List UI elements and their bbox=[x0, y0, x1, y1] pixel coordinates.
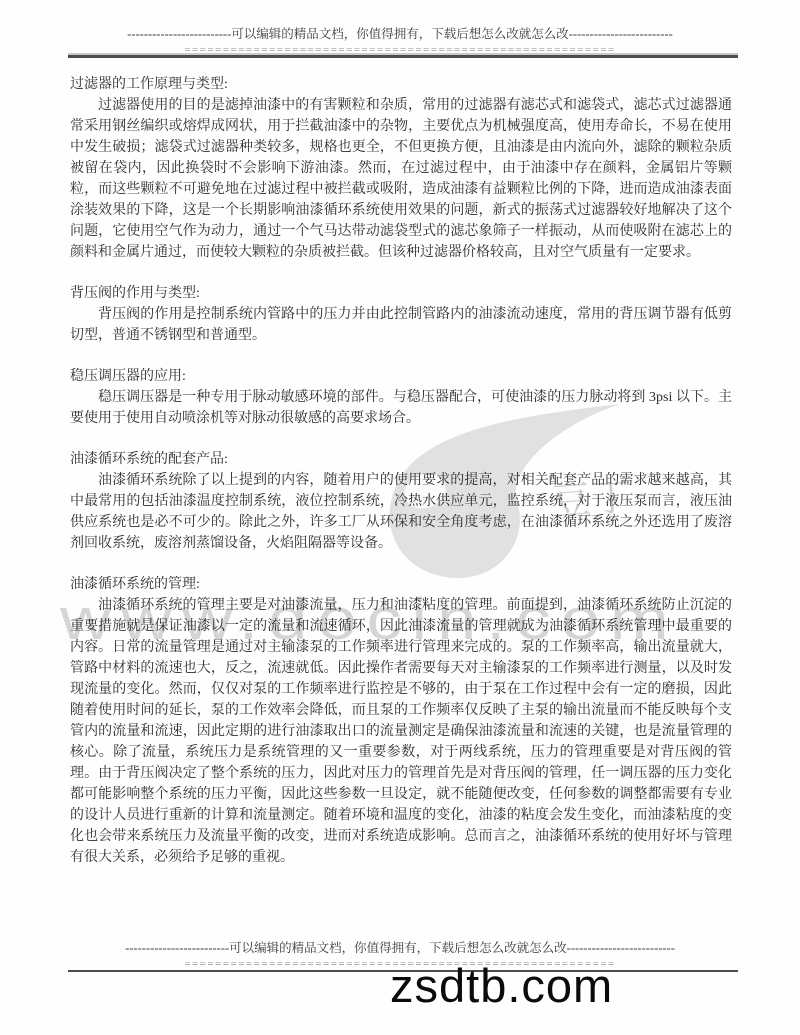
section-heading-backpressure-valve: 背压阀的作用与类型: bbox=[70, 283, 732, 304]
header-band: -------------------------可以编辑的精品文档，你值得拥有… bbox=[0, 24, 800, 56]
document-page: 豆丁 www.docin.com -----------------------… bbox=[0, 0, 800, 1035]
section-heading-filter: 过滤器的工作原理与类型: bbox=[70, 74, 732, 95]
footer-banner-text: -------------------------可以编辑的精品文档，你值得拥有… bbox=[0, 938, 800, 956]
section-paragraph-backpressure-valve: 背压阀的作用是控制系统内管路中的压力并由此控制管路内的油漆流动速度，常用的背压调… bbox=[70, 304, 732, 346]
site-url-text: zsdtb.com bbox=[390, 958, 613, 1013]
section-paragraph-filter: 过滤器使用的目的是滤掉油漆中的有害颗粒和杂质，常用的过滤器有滤芯式和滤袋式，滤芯… bbox=[70, 95, 732, 263]
section-paragraph-management: 油漆循环系统的管理主要是对油漆流量，压力和油漆粘度的管理。前面提到，油漆循环系统… bbox=[70, 595, 732, 868]
section-paragraph-regulator: 稳压调压器是一种专用于脉动敏感环境的部件。与稳压器配合，可使油漆的压力脉动将到 … bbox=[70, 387, 732, 429]
header-rule bbox=[68, 55, 738, 58]
header-banner-text: -------------------------可以编辑的精品文档，你值得拥有… bbox=[0, 24, 800, 42]
section-paragraph-accessories: 油漆循环系统除了以上提到的内容，随着用户的使用要求的提高，对相关配套产品的需求越… bbox=[70, 470, 732, 554]
section-heading-regulator: 稳压调压器的应用: bbox=[70, 366, 732, 387]
section-heading-management: 油漆循环系统的管理: bbox=[70, 574, 732, 595]
section-heading-accessories: 油漆循环系统的配套产品: bbox=[70, 449, 732, 470]
document-body: 过滤器的工作原理与类型: 过滤器使用的目的是滤掉油漆中的有害颗粒和杂质，常用的过… bbox=[70, 74, 732, 868]
